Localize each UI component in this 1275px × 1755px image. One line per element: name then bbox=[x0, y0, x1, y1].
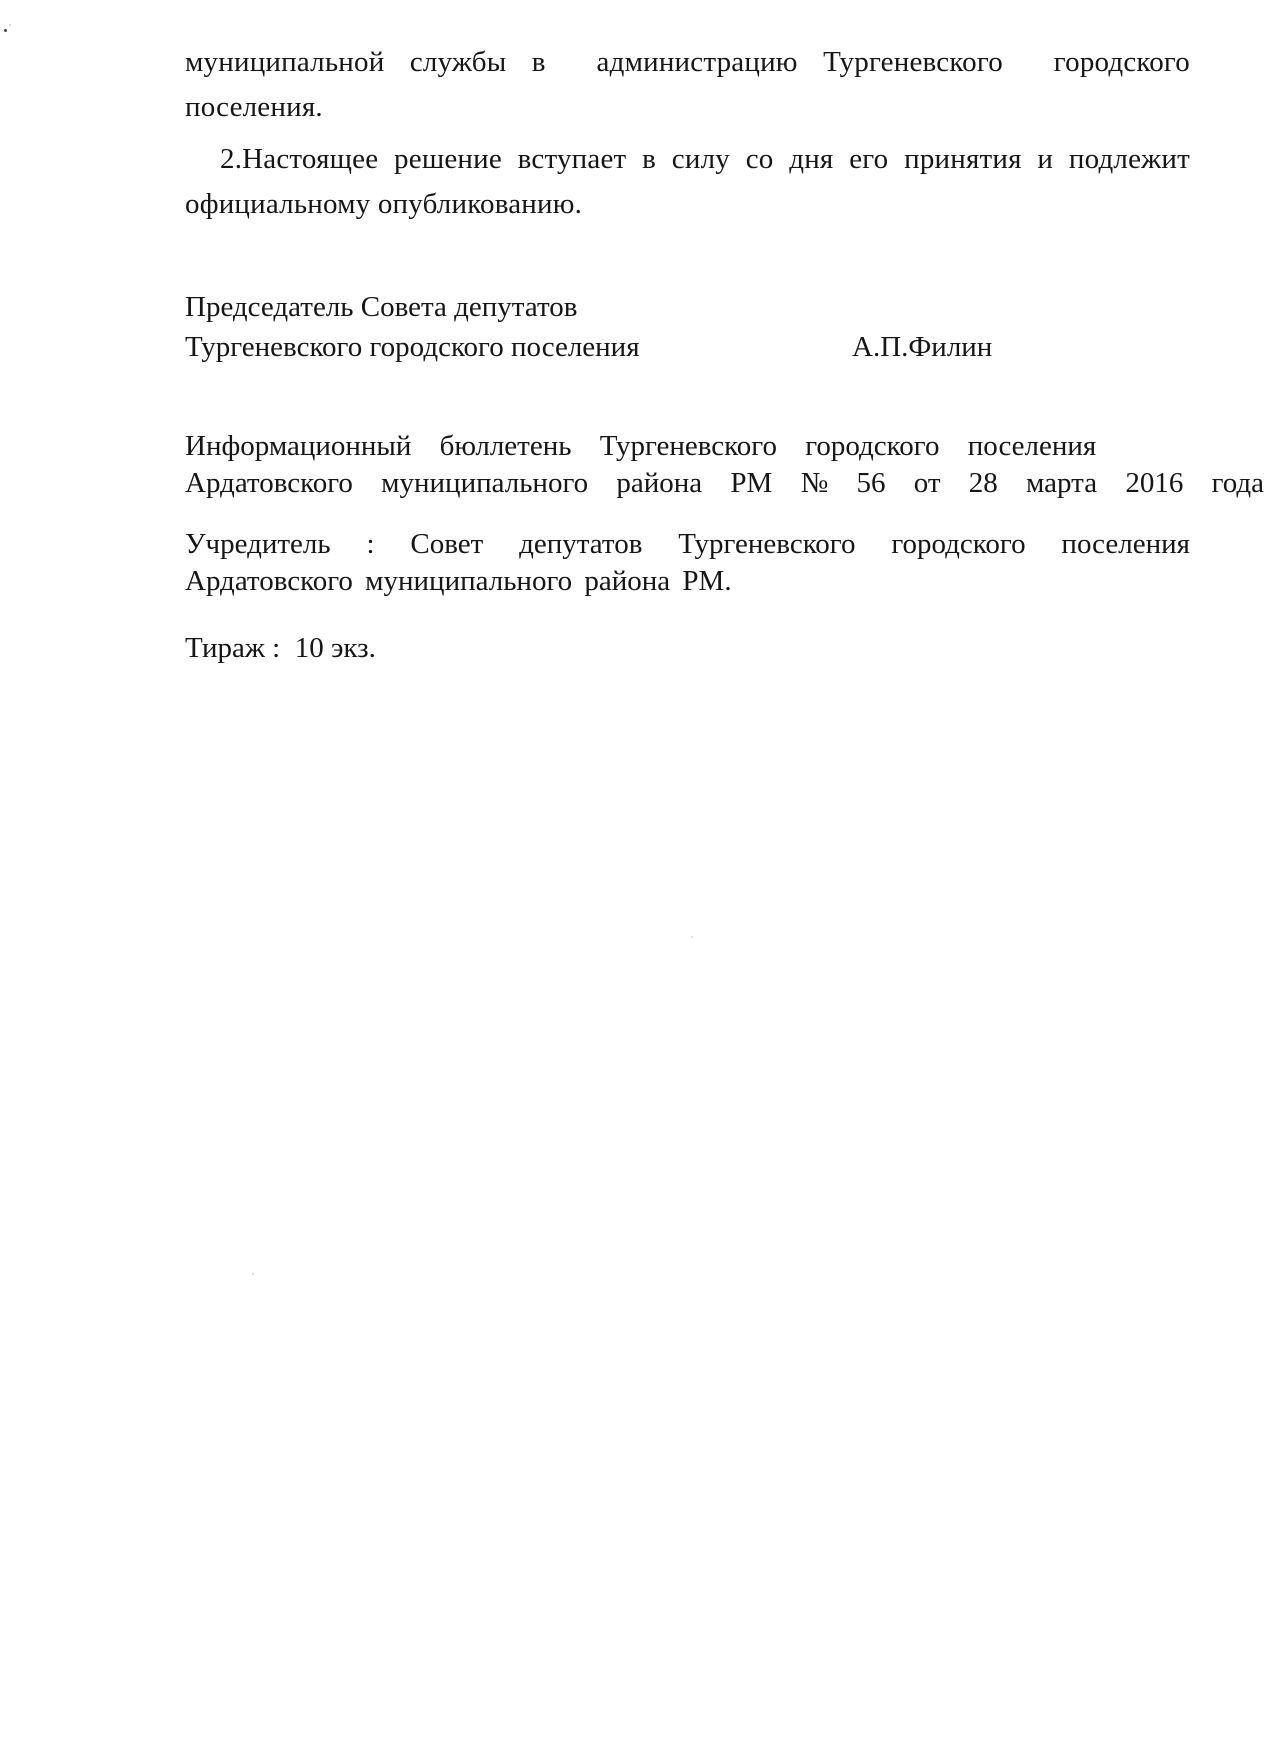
scan-speck bbox=[691, 936, 693, 938]
signature-title-line1: Председатель Совета депутатов bbox=[185, 287, 1190, 327]
founder-line1: Учредитель : Совет депутатов Тургеневско… bbox=[185, 526, 1190, 563]
founder-line2: Ардатовского муниципального района РМ. bbox=[185, 563, 1190, 600]
paragraph2-line2: официальному опубликованию. bbox=[185, 182, 1190, 227]
signature-title-line2: Тургеневского городского поселения А.П.Ф… bbox=[185, 327, 1190, 367]
signature-block: Председатель Совета депутатов Тургеневск… bbox=[185, 287, 1190, 367]
signature-org: Тургеневского городского поселения bbox=[185, 331, 640, 363]
scan-speck bbox=[9, 24, 11, 26]
signature-name: А.П.Филин bbox=[852, 327, 992, 367]
scan-speck bbox=[252, 1273, 254, 1275]
scan-speck bbox=[4, 29, 7, 32]
body-paragraph-2: 2.Настоящее решение вступает в силу со д… bbox=[185, 137, 1190, 227]
founder-block: Учредитель : Совет депутатов Тургеневско… bbox=[185, 526, 1190, 600]
tirazh-line: Тираж : 10 экз. bbox=[185, 630, 1190, 667]
paragraph1-line2: поселения. bbox=[185, 85, 1190, 130]
bulletin-line2: Ардатовского муниципального района РМ № … bbox=[185, 465, 1190, 502]
bulletin-block: Информационный бюллетень Тургеневского г… bbox=[185, 428, 1190, 502]
body-paragraph-1: муниципальной службы в администрацию Тур… bbox=[185, 40, 1190, 130]
bulletin-line1: Информационный бюллетень Тургеневского г… bbox=[185, 428, 1190, 465]
paragraph2-line1: 2.Настоящее решение вступает в силу со д… bbox=[185, 137, 1190, 182]
document-page: муниципальной службы в администрацию Тур… bbox=[0, 0, 1275, 1755]
paragraph1-line1: муниципальной службы в администрацию Тур… bbox=[185, 40, 1190, 85]
